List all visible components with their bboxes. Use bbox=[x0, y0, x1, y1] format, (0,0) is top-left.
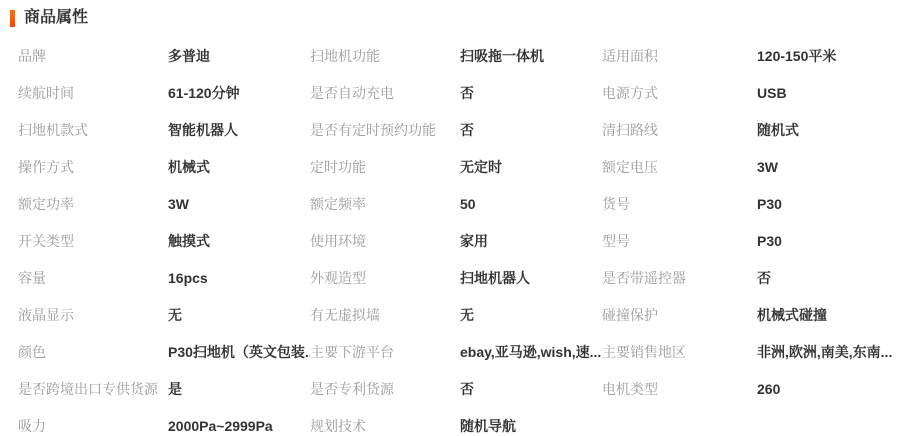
attr-value-rated-power: 3W bbox=[168, 185, 310, 222]
attr-value-sales-regions: 非洲,欧洲,南美,东南... bbox=[757, 333, 897, 370]
attr-value-collision-protection: 机械式碰撞 bbox=[757, 296, 897, 333]
attr-value-capacity: 16pcs bbox=[168, 259, 310, 296]
attr-value-brand: 多普迪 bbox=[168, 37, 310, 74]
attr-label-rated-power: 额定功率 bbox=[18, 185, 168, 222]
attr-value-sweeper-style: 智能机器人 bbox=[168, 111, 310, 148]
attr-label-downstream-platforms: 主要下游平台 bbox=[310, 333, 460, 370]
attr-label-timer-function: 定时功能 bbox=[310, 148, 460, 185]
attr-label-sweeper-function: 扫地机功能 bbox=[310, 37, 460, 74]
attr-value-virtual-wall: 无 bbox=[460, 296, 602, 333]
attr-label-sweeper-style: 扫地机款式 bbox=[18, 111, 168, 148]
attr-label-operation-mode: 操作方式 bbox=[18, 148, 168, 185]
attr-value-navigation-tech: 随机导航 bbox=[460, 407, 602, 436]
attr-label-navigation-tech: 规划技术 bbox=[310, 407, 460, 436]
attr-label-auto-charge: 是否自动充电 bbox=[310, 74, 460, 111]
attr-value-downstream-platforms: ebay,亚马逊,wish,速... bbox=[460, 333, 602, 370]
attr-label-suction: 吸力 bbox=[18, 407, 168, 436]
attr-value-cross-border-supply: 是 bbox=[168, 370, 310, 407]
attr-label-lcd-display: 液晶显示 bbox=[18, 296, 168, 333]
attr-value-operation-mode: 机械式 bbox=[168, 148, 310, 185]
attr-value-usage-environment: 家用 bbox=[460, 222, 602, 259]
page-title: 商品属性 bbox=[24, 9, 88, 27]
attr-label-virtual-wall: 有无虚拟墙 bbox=[310, 296, 460, 333]
attr-label-capacity: 容量 bbox=[18, 259, 168, 296]
attr-value-power-supply: USB bbox=[757, 74, 897, 111]
attr-value-timer-function: 无定时 bbox=[460, 148, 602, 185]
attr-label-item-number: 货号 bbox=[602, 185, 757, 222]
attr-value-rated-frequency: 50 bbox=[460, 185, 602, 222]
attr-label-cleaning-route: 清扫路线 bbox=[602, 111, 757, 148]
attr-label-appearance: 外观造型 bbox=[310, 259, 460, 296]
attr-label-cross-border-supply: 是否跨境出口专供货源 bbox=[18, 370, 168, 407]
attr-label-model-number: 型号 bbox=[602, 222, 757, 259]
attr-value-lcd-display: 无 bbox=[168, 296, 310, 333]
attr-label-sales-regions: 主要销售地区 bbox=[602, 333, 757, 370]
accent-bar-icon bbox=[10, 10, 15, 27]
attr-value-item-number: P30 bbox=[757, 185, 897, 222]
attr-value-applicable-area: 120-150平米 bbox=[757, 37, 897, 74]
attr-value-cleaning-route: 随机式 bbox=[757, 111, 897, 148]
attr-value-auto-charge: 否 bbox=[460, 74, 602, 111]
attr-label-applicable-area: 适用面积 bbox=[602, 37, 757, 74]
attr-label-rated-frequency: 额定频率 bbox=[310, 185, 460, 222]
attr-value-battery-life: 61-120分钟 bbox=[168, 74, 310, 111]
attr-label-timer-reservation: 是否有定时预约功能 bbox=[310, 111, 460, 148]
attr-value-patent-source: 否 bbox=[460, 370, 602, 407]
attr-label-usage-environment: 使用环境 bbox=[310, 222, 460, 259]
attr-label-remote-control: 是否带遥控器 bbox=[602, 259, 757, 296]
product-attributes-table: 品牌 多普迪 扫地机功能 扫吸拖一体机 适用面积 120-150平米 续航时间 … bbox=[0, 37, 897, 436]
attr-label-battery-life: 续航时间 bbox=[18, 74, 168, 111]
attr-label-patent-source: 是否专利货源 bbox=[310, 370, 460, 407]
section-header: 商品属性 bbox=[0, 0, 897, 27]
attr-value-motor-type: 260 bbox=[757, 370, 897, 407]
attr-label-empty bbox=[602, 407, 757, 436]
attr-value-empty bbox=[757, 407, 897, 436]
attr-value-remote-control: 否 bbox=[757, 259, 897, 296]
attr-label-brand: 品牌 bbox=[18, 37, 168, 74]
attr-value-color: P30扫地机（英文包装... bbox=[168, 333, 310, 370]
attr-label-motor-type: 电机类型 bbox=[602, 370, 757, 407]
attr-value-appearance: 扫地机器人 bbox=[460, 259, 602, 296]
attr-value-model-number: P30 bbox=[757, 222, 897, 259]
attr-label-collision-protection: 碰撞保护 bbox=[602, 296, 757, 333]
attr-label-power-supply: 电源方式 bbox=[602, 74, 757, 111]
attr-label-color: 颜色 bbox=[18, 333, 168, 370]
attr-value-suction: 2000Pa~2999Pa bbox=[168, 407, 310, 436]
attr-value-rated-voltage: 3W bbox=[757, 148, 897, 185]
attr-label-rated-voltage: 额定电压 bbox=[602, 148, 757, 185]
attr-value-timer-reservation: 否 bbox=[460, 111, 602, 148]
attr-label-switch-type: 开关类型 bbox=[18, 222, 168, 259]
attr-value-sweeper-function: 扫吸拖一体机 bbox=[460, 37, 602, 74]
attr-value-switch-type: 触摸式 bbox=[168, 222, 310, 259]
